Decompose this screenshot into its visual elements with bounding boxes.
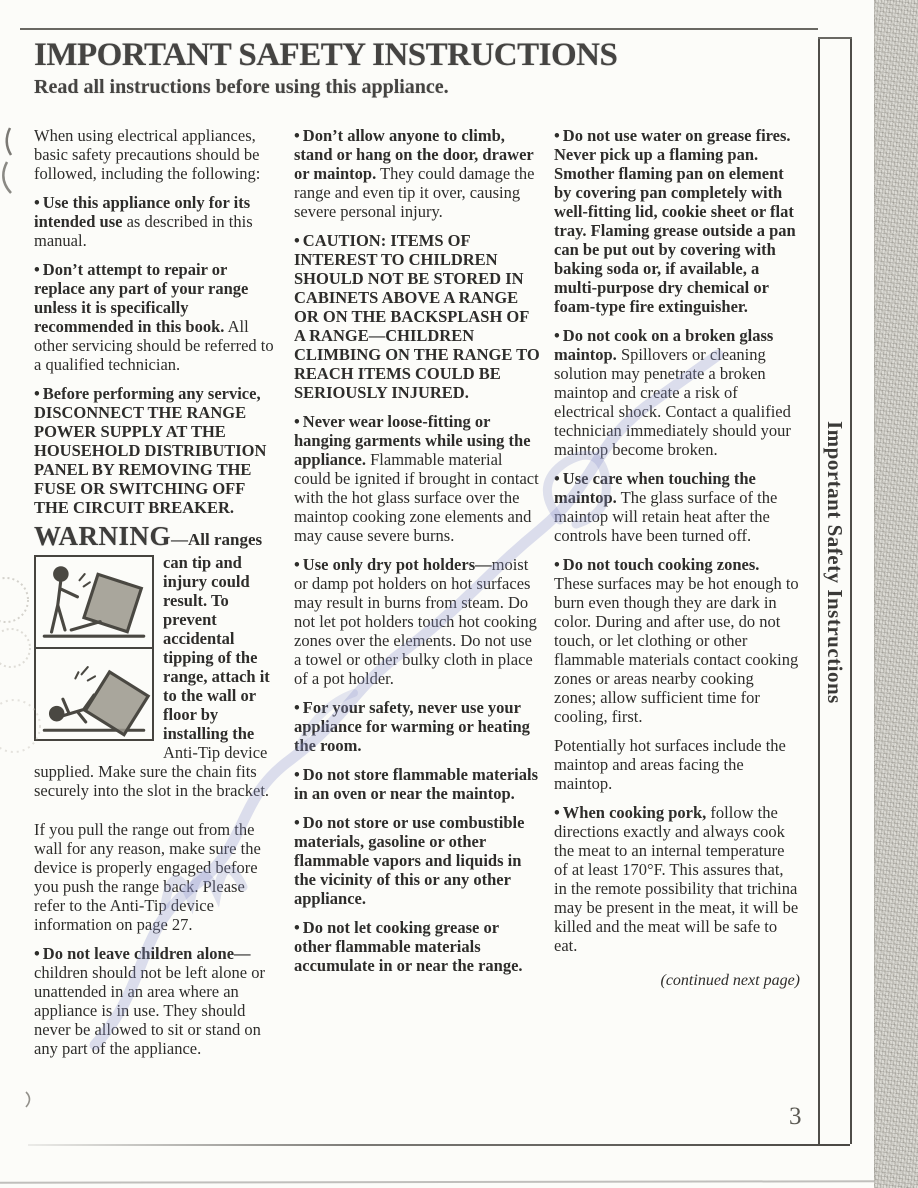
warning-section: WARNING—All ranges: [34, 527, 280, 810]
safety-paragraph: •Use care when touching the maintop. The…: [554, 469, 800, 545]
bullet-icon: •: [554, 126, 560, 145]
bullet-icon: •: [294, 765, 300, 784]
safety-paragraph: If you pull the range out from the wall …: [34, 820, 280, 934]
safety-paragraph: •Do not use water on grease fires. Never…: [554, 126, 800, 316]
text-column-1: When using electrical appliances, basic …: [34, 126, 280, 1068]
bullet-icon: •: [294, 412, 300, 431]
bullet-icon: •: [554, 326, 560, 345]
bullet-icon: •: [34, 260, 40, 279]
bullet-icon: •: [294, 698, 300, 717]
bullet-icon: •: [554, 555, 560, 574]
safety-paragraph: •Never wear loose-fitting or hanging gar…: [294, 412, 540, 545]
page-frame-top-rule: [20, 28, 818, 30]
bullet-icon: •: [294, 126, 300, 145]
safety-paragraph: Potentially hot surfaces include the mai…: [554, 736, 800, 793]
warning-word: WARNING: [34, 521, 171, 551]
page-title: IMPORTANT SAFETY INSTRUCTIONS: [34, 38, 814, 73]
page-subtitle: Read all instructions before using this …: [34, 76, 814, 99]
tip-hazard-pictogram-fall: [36, 647, 152, 739]
safety-paragraph: •Do not leave children alone—children sh…: [34, 944, 280, 1058]
side-tab: Important Safety Instructions: [818, 39, 852, 1144]
safety-paragraph: •Do not store flammable materials in an …: [294, 765, 540, 803]
side-tab-label: Important Safety Instructions: [823, 421, 847, 704]
bullet-icon: •: [34, 193, 40, 212]
continued-note: (continued next page): [554, 971, 800, 990]
warning-heading-suffix: —All ranges: [171, 530, 262, 549]
safety-paragraph: •Before performing any service, DISCONNE…: [34, 384, 280, 517]
safety-paragraph: •Do not cook on a broken glass maintop. …: [554, 326, 800, 459]
safety-paragraph: •Don’t allow anyone to climb, stand or h…: [294, 126, 540, 221]
safety-paragraph: •Do not let cooking grease or other flam…: [294, 918, 540, 975]
scan-page-edge-line: [0, 1180, 880, 1184]
safety-paragraph: •CAUTION: ITEMS OF INTEREST TO CHILDREN …: [294, 231, 540, 402]
safety-paragraph: •Do not touch cooking zones. These surfa…: [554, 555, 800, 726]
bullet-icon: •: [294, 555, 300, 574]
text-column-3: •Do not use water on grease fires. Never…: [554, 126, 800, 1068]
text-column-2: •Don’t allow anyone to climb, stand or h…: [294, 126, 540, 1068]
safety-paragraph: When using electrical appliances, basic …: [34, 126, 280, 183]
three-column-text: When using electrical appliances, basic …: [34, 126, 800, 1068]
safety-paragraph: •Don’t attempt to repair or replace any …: [34, 260, 280, 374]
page-frame-bottom-rule: [28, 1144, 850, 1146]
anti-tip-warning-figure: [34, 555, 154, 741]
bullet-icon: •: [294, 813, 300, 832]
safety-paragraph: •For your safety, never use your applian…: [294, 698, 540, 755]
page-number: 3: [789, 1103, 802, 1131]
safety-paragraph: •Use only dry pot holders—moist or damp …: [294, 555, 540, 688]
safety-paragraph: •Do not store or use combustible materia…: [294, 813, 540, 908]
bullet-icon: •: [34, 944, 40, 963]
page-header: IMPORTANT SAFETY INSTRUCTIONS Read all i…: [34, 38, 814, 99]
warning-heading: WARNING—All ranges: [34, 527, 280, 549]
bullet-icon: •: [554, 803, 560, 822]
tip-hazard-pictogram-door: [36, 557, 152, 647]
bullet-icon: •: [294, 231, 300, 250]
safety-paragraph: •When cooking pork, follow the direction…: [554, 803, 800, 955]
scanned-manual-page: Important Safety Instructions IMPORTANT …: [0, 0, 918, 1188]
bullet-icon: •: [34, 384, 40, 403]
bullet-icon: •: [554, 469, 560, 488]
safety-paragraph: •Use this appliance only for its intende…: [34, 193, 280, 250]
scan-binding-edge-texture: [874, 0, 918, 1188]
bullet-icon: •: [294, 918, 300, 937]
